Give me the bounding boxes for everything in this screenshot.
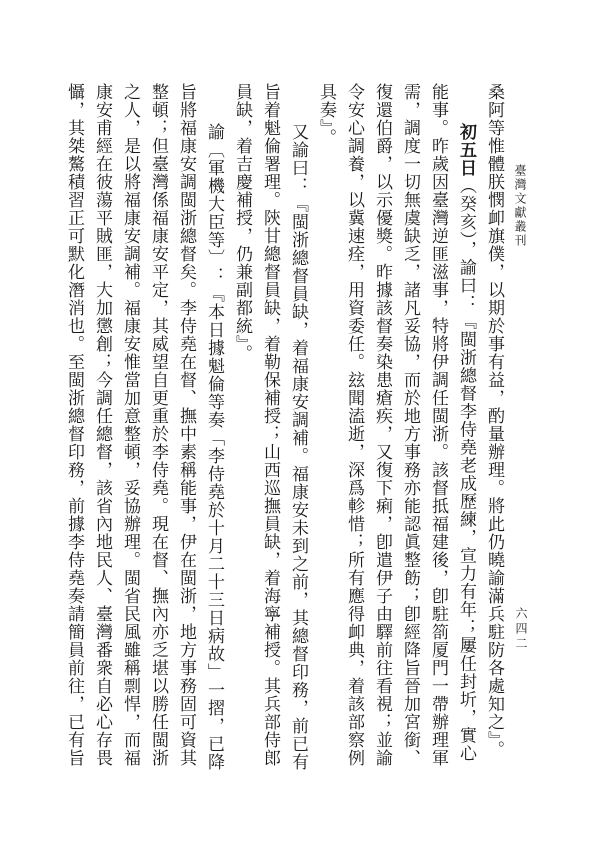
text-segment: 旨將福康安調閩浙總督矣。李侍堯在督、撫中素稱能事，伊在閩浙，地方事務固可資其 xyxy=(176,83,196,767)
text-segment: 能事。昨歲因臺灣逆匪滋事，特將伊調任閩浙。該督抵福建後，卽駐箚厦門一帶辦理軍 xyxy=(428,83,448,767)
text-segment: 復還伯爵，以示優獎。昨據該督奏染患瘡疾，又復下痢，卽遣伊子由驛前往看視；並諭 xyxy=(372,83,392,767)
text-column: 員缺，着吉慶補授，仍兼副都統』。 xyxy=(228,83,256,803)
text-segment: 懾，其桀驁積習正可默化潛消也。至閩浙總督印務，前據李侍堯奏請簡員前往，已有旨 xyxy=(64,83,84,767)
text-segment: 諭〔軍機大臣等〕：『本日據魁倫等奏「李侍堯於十月二十三日病故」一摺，已降 xyxy=(204,123,224,771)
text-segment: 員缺，着吉慶補授，仍兼副都統』。 xyxy=(232,83,252,363)
text-column: 需，調度一切無虞缺乏，諸凡妥協，而於地方事務亦能認眞整飭；卽經降旨晉加宮銜、 xyxy=(396,83,424,803)
date-heading: 初五日 xyxy=(456,123,476,177)
text-segment: 康安甫經在彼蕩平賊匪，大加懲創；今調任總督，該省內地民人、臺灣番衆自必心存畏 xyxy=(92,83,112,767)
text-column: 初五日（癸亥），諭曰：『閩浙總督李侍堯老成歷練，宣力有年；屢任封圻，實心 xyxy=(452,83,480,803)
text-column: 旨將福康安調閩浙總督矣。李侍堯在督、撫中素稱能事，伊在閩浙，地方事務固可資其 xyxy=(172,83,200,803)
text-segment: 桑阿等惟體朕憫卹旗僕，以期於事有益，酌量辦理。將此仍曉諭滿兵駐防各處知之』。 xyxy=(484,83,504,759)
text-segment: 又諭曰：『閩浙總督員缺，着福康安調補。福康安未到之前，其總督印務，前已有 xyxy=(288,123,308,771)
text-column: 諭〔軍機大臣等〕：『本日據魁倫等奏「李侍堯於十月二十三日病故」一摺，已降 xyxy=(200,83,228,803)
text-column: 又諭曰：『閩浙總督員缺，着福康安調補。福康安未到之前，其總督印務，前已有 xyxy=(284,83,312,803)
text-segment: （癸亥），諭曰：『閩浙總督李侍堯老成歷練，宣力有年；屢任封圻，實心 xyxy=(456,177,476,763)
text-segment: 整頓；但臺灣係福康安平定，其威望自更重於李侍堯。現在督、撫內亦乏堪以勝任閩浙 xyxy=(148,83,168,767)
text-column: 康安甫經在彼蕩平賊匪，大加懲創；今調任總督，該省內地民人、臺灣番衆自必心存畏 xyxy=(88,83,116,803)
text-column: 令安心調養，以冀速痊，用資委任。玆聞溘逝，深爲軫惜；所有應得卹典，着該部察例 xyxy=(340,83,368,803)
text-column: 具奏』。 xyxy=(312,83,340,803)
text-segment: 需，調度一切無虞缺乏，諸凡妥協，而於地方事務亦能認眞整飭；卽經降旨晉加宮銜、 xyxy=(400,83,420,767)
document-page: 臺灣文獻叢刊 六四二 桑阿等惟體朕憫卹旗僕，以期於事有益，酌量辦理。將此仍曉諭滿… xyxy=(0,0,600,848)
text-column: 桑阿等惟體朕憫卹旗僕，以期於事有益，酌量辦理。將此仍曉諭滿兵駐防各處知之』。 xyxy=(480,83,508,803)
text-column: 懾，其桀驁積習正可默化潛消也。至閩浙總督印務，前據李侍堯奏請簡員前往，已有旨 xyxy=(60,83,88,803)
series-title: 臺灣文獻叢刊 xyxy=(512,164,529,248)
text-column: 能事。昨歲因臺灣逆匪滋事，特將伊調任閩浙。該督抵福建後，卽駐箚厦門一帶辦理軍 xyxy=(424,83,452,803)
text-segment: 令安心調養，以冀速痊，用資委任。玆聞溘逝，深爲軫惜；所有應得卹典，着該部察例 xyxy=(344,83,364,767)
text-column: 旨着魁倫署理。陝甘總督員缺，着勒保補授；山西巡撫員缺，着海寧補授。其兵部侍郎 xyxy=(256,83,284,803)
text-segment: 之人，是以將福康安調補。福康安惟當加意整頓，妥協辦理。閩省民風雖稱剽悍，而福 xyxy=(120,83,140,767)
text-column: 復還伯爵，以示優獎。昨據該督奏染患瘡疾，又復下痢，卽遣伊子由驛前往看視；並諭 xyxy=(368,83,396,803)
text-segment: 具奏』。 xyxy=(316,83,336,147)
text-column: 整頓；但臺灣係福康安平定，其威望自更重於李侍堯。現在督、撫內亦乏堪以勝任閩浙 xyxy=(144,83,172,803)
main-text: 桑阿等惟體朕憫卹旗僕，以期於事有益，酌量辦理。將此仍曉諭滿兵駐防各處知之』。初五… xyxy=(60,83,508,803)
page-number: 六四二 xyxy=(513,607,530,652)
text-segment: 旨着魁倫署理。陝甘總督員缺，着勒保補授；山西巡撫員缺，着海寧補授。其兵部侍郎 xyxy=(260,83,280,767)
text-column: 之人，是以將福康安調補。福康安惟當加意整頓，妥協辦理。閩省民風雖稱剽悍，而福 xyxy=(116,83,144,803)
